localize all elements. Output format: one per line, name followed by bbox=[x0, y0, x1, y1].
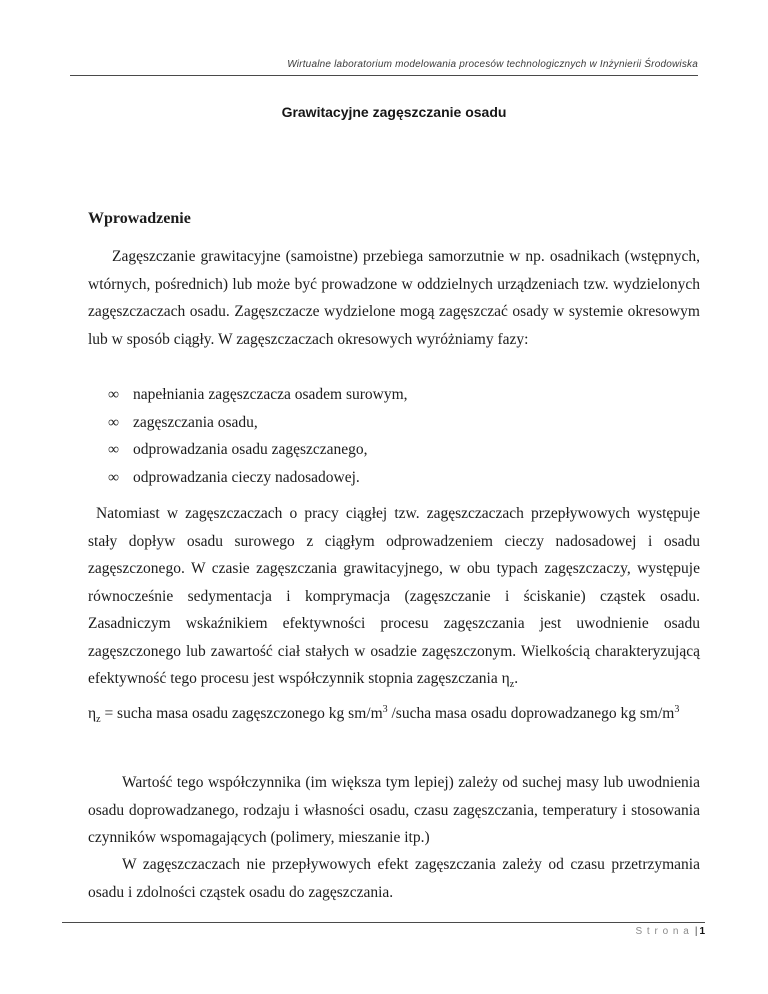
infinity-bullet-icon: ∞ bbox=[108, 464, 119, 492]
document-page: Wirtualne laboratorium modelowania proce… bbox=[0, 0, 768, 994]
list-item-text: zagęszczania osadu, bbox=[133, 414, 258, 431]
running-header: Wirtualne laboratorium modelowania proce… bbox=[70, 59, 698, 76]
infinity-bullet-icon: ∞ bbox=[108, 381, 119, 409]
paragraph-intro: Zagęszczanie grawitacyjne (samoistne) pr… bbox=[88, 243, 700, 353]
infinity-bullet-icon: ∞ bbox=[108, 436, 119, 464]
document-title: Grawitacyjne zagęszczanie osadu bbox=[88, 104, 700, 120]
list-item-text: napełniania zagęszczacza osadem surowym, bbox=[133, 386, 408, 403]
list-item: ∞ zagęszczania osadu, bbox=[88, 409, 700, 437]
list-item-text: odprowadzania cieczy nadosadowej. bbox=[133, 469, 360, 486]
formula-text: = sucha masa osadu zagęszczonego kg sm/m bbox=[101, 705, 383, 722]
superscript-3: 3 bbox=[674, 704, 679, 715]
paragraph-nonflow-thickeners: W zagęszczaczach nie przepływowych efekt… bbox=[88, 851, 700, 906]
page-number: 1 bbox=[699, 926, 705, 937]
section-heading: Wprowadzenie bbox=[88, 205, 700, 233]
paragraph-flow-thickeners: Natomiast w zagęszczaczach o pracy ciągł… bbox=[88, 500, 700, 693]
list-item: ∞ odprowadzania osadu zagęszczanego, bbox=[88, 436, 700, 464]
list-item: ∞ odprowadzania cieczy nadosadowej. bbox=[88, 464, 700, 492]
list-item: ∞ napełniania zagęszczacza osadem surowy… bbox=[88, 381, 700, 409]
page-footer: S t r o n a|1 bbox=[62, 926, 705, 937]
sentence-end: . bbox=[514, 670, 518, 687]
coefficient-formula: ηz = sucha masa osadu zagęszczonego kg s… bbox=[88, 700, 700, 728]
footer-separator: | bbox=[695, 926, 698, 937]
paragraph-text: Natomiast w zagęszczaczach o pracy ciągł… bbox=[88, 505, 700, 687]
infinity-bullet-icon: ∞ bbox=[108, 409, 119, 437]
page-label: S t r o n a bbox=[635, 926, 689, 937]
eta-symbol: η bbox=[88, 705, 96, 722]
paragraph-coefficient-value: Wartość tego współczynnika (im większa t… bbox=[88, 769, 700, 852]
phase-bullet-list: ∞ napełniania zagęszczacza osadem surowy… bbox=[88, 381, 700, 491]
list-item-text: odprowadzania osadu zagęszczanego, bbox=[133, 441, 368, 458]
footer-divider bbox=[62, 922, 705, 923]
eta-symbol: η bbox=[502, 670, 510, 687]
formula-text: /sucha masa osadu doprowadzanego kg sm/m bbox=[388, 705, 675, 722]
